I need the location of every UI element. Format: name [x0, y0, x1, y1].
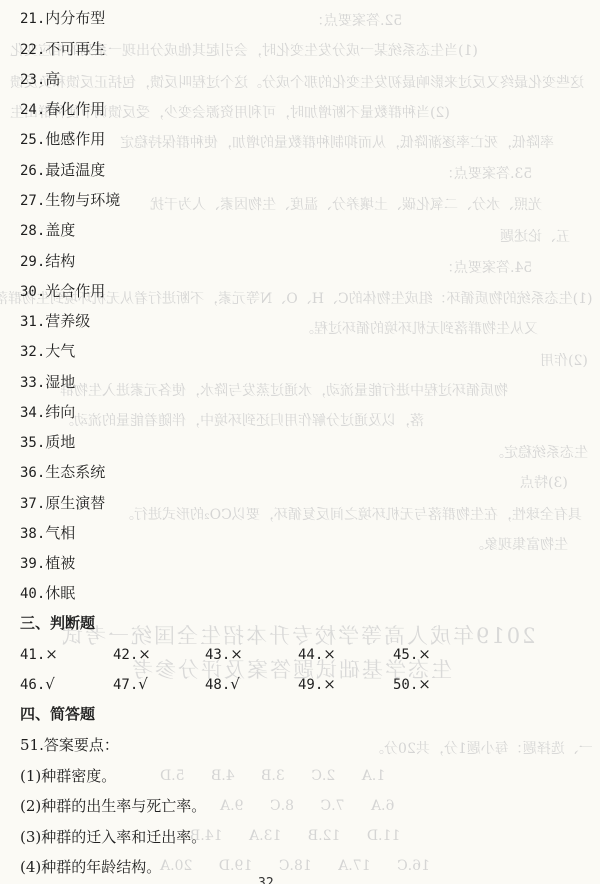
bleed-line: 一、选择题：每小题1分，共20分。	[370, 738, 593, 758]
answer-item: 21.内分布型	[20, 9, 105, 28]
answer-item: 31.营养级	[20, 312, 90, 331]
answer-item: 27.生物与环境	[20, 191, 120, 210]
tf-answer: 45.×	[393, 645, 431, 664]
bleed-line: 16.C 17.A 18.C 19.D 20.A	[160, 858, 430, 874]
answer-item: 33.湿地	[20, 373, 75, 392]
tf-answer: 47.√	[113, 675, 148, 694]
tf-answer: 50.×	[393, 675, 431, 694]
section-heading-short-answer: 四、简答题	[20, 705, 95, 723]
answer-item: 32.大气	[20, 342, 75, 361]
bleed-line: 生态系统稳定。	[490, 442, 588, 462]
tf-answer: 43.×	[205, 645, 243, 664]
bleed-line: 54.答案要点：	[440, 257, 532, 277]
answer-item: 29.结构	[20, 252, 75, 271]
tf-answer: 41.×	[20, 645, 58, 664]
bleed-line: 又从生物群落到无机环境的循环过程。	[300, 318, 538, 338]
bleed-line: 落，以及通过分解作用归还到环境中，伴随着能量的流动。	[60, 410, 424, 430]
bleed-line: 1.A 2.C 3.B 4.B 5.D	[160, 768, 385, 784]
tf-answer: 49.×	[298, 675, 336, 694]
answer-point: (1)种群密度。	[20, 767, 116, 785]
answer-item: 37.原生演替	[20, 494, 105, 513]
answer-point: (3)种群的迁入率和迁出率。	[20, 828, 206, 846]
answer-item: 22.不可再生	[20, 40, 105, 59]
answer-item: 25.他感作用	[20, 130, 105, 149]
tf-answer: 42.×	[113, 645, 151, 664]
answer-item: 34.纬向	[20, 403, 75, 422]
bleed-line: 生物富集现象。	[470, 534, 568, 554]
answer-item: 28.盖度	[20, 221, 75, 240]
page-number: 32	[258, 876, 274, 884]
tf-answer: 46.√	[20, 675, 55, 694]
bleed-line: 53.答案要点：	[440, 163, 532, 183]
answer-item: 30.光合作用	[20, 282, 105, 301]
bleed-line: 五、论述题	[500, 226, 570, 246]
answer-point: (2)种群的出生率与死亡率。	[20, 797, 206, 815]
tf-answer: 44.×	[298, 645, 336, 664]
answer-item: 35.质地	[20, 433, 75, 452]
bleed-line: (3)特点	[520, 472, 568, 492]
bleed-line: 52.答案要点：	[310, 10, 402, 30]
bleed-line: 率降低，死亡率逐渐降低，从而抑制种群数量的增加，使种群保持稳定	[120, 132, 554, 152]
bleed-line: 11.D 12.B 13.A 14.B	[190, 828, 400, 844]
bleed-line: 物质循环过程中进行能量流动，水通过蒸发与降水，使各元素进入生物群	[60, 380, 508, 400]
answer-item: 23.高	[20, 70, 60, 89]
answer-item: 24.春化作用	[20, 100, 105, 119]
answer-item: 39.植被	[20, 554, 75, 573]
section-heading-true-false: 三、判断题	[20, 614, 95, 632]
bleed-line: 具有全球性，在生物群落与无机环境之间反复循环，要以CO₂的形式进行。	[120, 504, 582, 524]
answer-item: 26.最适温度	[20, 161, 105, 180]
bleed-line: 这些变化最终又反过来影响最初发生变化的那个成分。这个过程叫反馈，包括正反馈和负反…	[10, 72, 584, 92]
question-51-label: 51.答案要点：	[20, 736, 119, 754]
answer-point: (4)种群的年龄结构。	[20, 858, 161, 876]
bleed-line: (2)作用	[540, 350, 588, 370]
bleed-line: 6.A 7.C 8.C 9.A	[220, 798, 394, 814]
answer-item: 36.生态系统	[20, 463, 105, 482]
answer-item: 38.气相	[20, 524, 75, 543]
answer-item: 40.休眠	[20, 584, 75, 603]
tf-answer: 48.√	[205, 675, 240, 694]
bleed-line: 光照、水分、二氧化碳、土壤养分、温度、生物因素、人为干扰	[150, 194, 542, 214]
